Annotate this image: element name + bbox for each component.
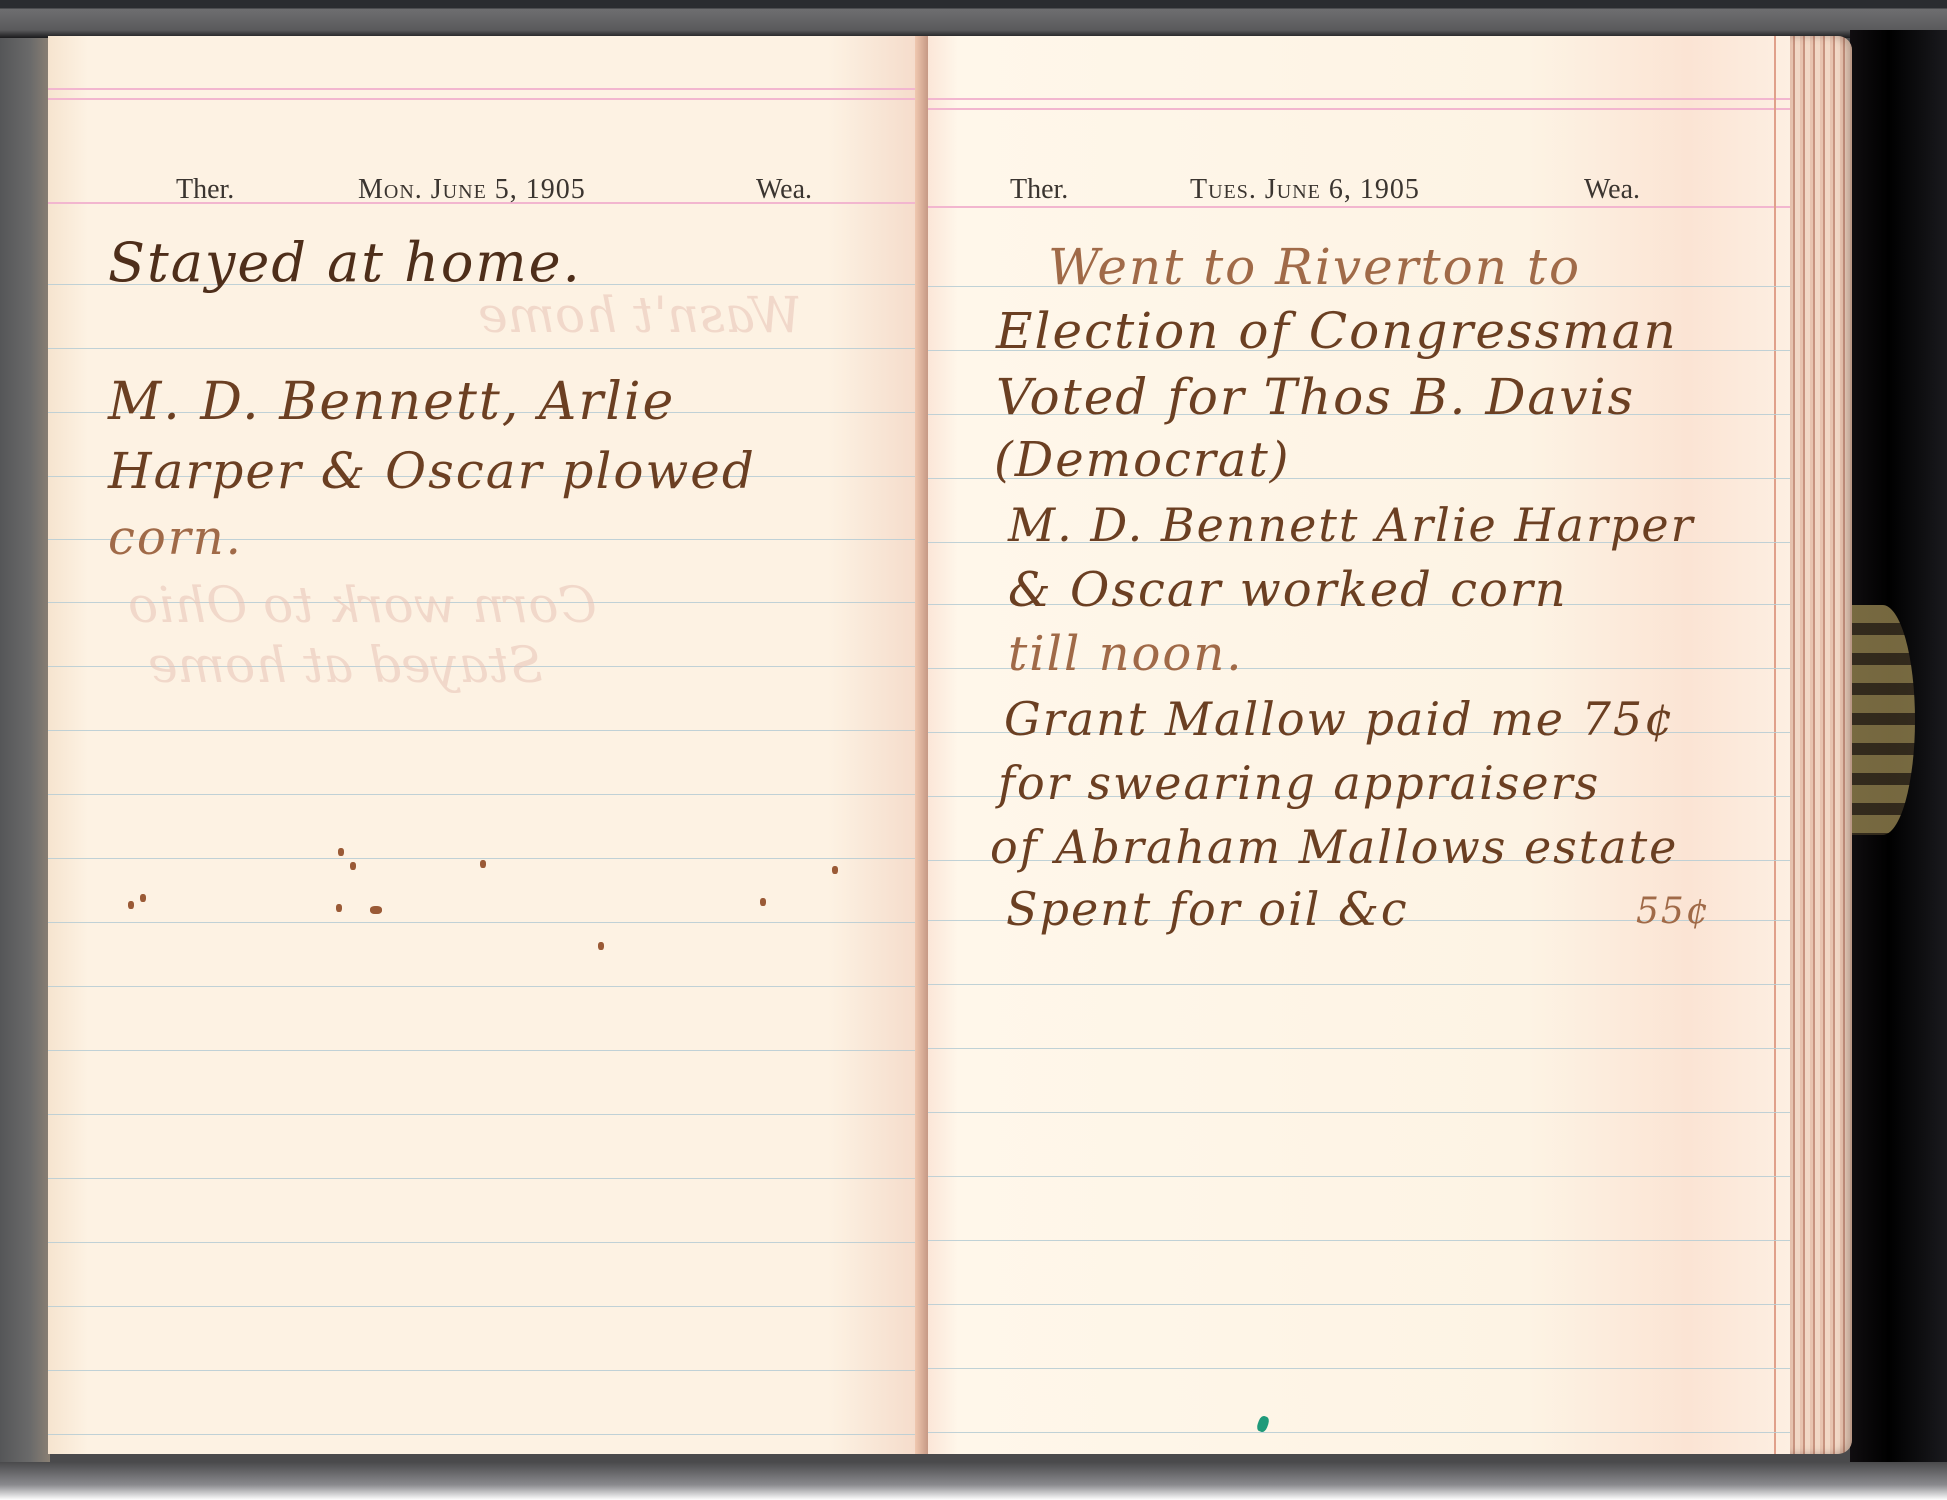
ink-speck (832, 866, 838, 874)
blue-rule (928, 1432, 1790, 1433)
entry-line: Voted for Thos B. Davis (996, 372, 1635, 422)
left-page: Ther. Mon. June 5, 1905 Wea. Wasn't home… (48, 36, 928, 1454)
date-heading: Tues. June 6, 1905 (1190, 174, 1420, 206)
ink-speck (598, 942, 604, 950)
ink-speck (760, 898, 766, 906)
ink-speck (336, 904, 342, 912)
blue-rule (48, 922, 928, 923)
blue-rule (928, 1368, 1790, 1369)
blue-rule (48, 858, 928, 859)
entry-line: (Democrat) (994, 436, 1291, 484)
entry-line: of Abraham Mallows estate (990, 824, 1678, 870)
ther-label: Ther. (176, 174, 234, 206)
blue-rule (48, 1178, 928, 1179)
expense-amount: 55¢ (1636, 894, 1711, 930)
page-edge-rule (1774, 36, 1776, 1454)
pink-rule (928, 98, 1790, 100)
blue-rule (48, 1370, 928, 1371)
ther-label: Ther. (1010, 174, 1068, 206)
blue-rule (48, 794, 928, 795)
pink-rule (928, 108, 1790, 110)
blue-rule (928, 1240, 1790, 1241)
ink-speck (128, 901, 134, 909)
ink-speck (480, 860, 486, 868)
blue-rule (48, 1434, 928, 1435)
blue-rule (928, 984, 1790, 985)
blue-rule (928, 1176, 1790, 1177)
entry-line: Harper & Oscar plowed (108, 446, 756, 496)
entry-line: M. D. Bennett Arlie Harper (1008, 502, 1695, 548)
entry-line: Spent for oil &c (1006, 886, 1409, 932)
bleed-through-text: Stayed at home (148, 636, 543, 694)
entry-line: Grant Mallow paid me 75¢ (1004, 696, 1675, 742)
blue-rule (48, 348, 928, 349)
scanner-top-edge (0, 0, 1947, 38)
right-page-header: Ther. Tues. June 6, 1905 Wea. (928, 174, 1790, 214)
blue-rule (48, 1050, 928, 1051)
ink-speck (350, 862, 356, 870)
blue-rule (48, 730, 928, 731)
bleed-through-text: Wasn't home (478, 286, 802, 344)
bleed-through-text: Corn work to Ohio (128, 576, 597, 634)
blue-rule (48, 986, 928, 987)
entry-line: corn. (108, 514, 243, 562)
entry-line: Went to Riverton to (1048, 242, 1581, 292)
blue-rule (48, 1114, 928, 1115)
ink-speck (338, 848, 344, 856)
entry-line: M. D. Bennett, Arlie (108, 376, 675, 428)
blue-rule (928, 1304, 1790, 1305)
pink-rule (48, 98, 928, 100)
blue-rule (928, 1112, 1790, 1113)
blue-rule (48, 1242, 928, 1243)
scanner-bottom-edge (0, 1462, 1947, 1500)
blue-rule (928, 1048, 1790, 1049)
right-page: Ther. Tues. June 6, 1905 Wea. Went to Ri… (928, 36, 1790, 1454)
ink-speck (140, 894, 146, 902)
wea-label: Wea. (1584, 174, 1640, 206)
green-ink-speck (1256, 1415, 1271, 1433)
entry-line: & Oscar worked corn (1008, 566, 1568, 614)
ink-speck (370, 906, 382, 914)
book-cover-left (0, 38, 50, 1462)
entry-line: for swearing appraisers (998, 760, 1600, 806)
blue-rule (48, 1306, 928, 1307)
left-page-header: Ther. Mon. June 5, 1905 Wea. (48, 174, 928, 214)
pink-rule (48, 88, 928, 90)
entry-line: Stayed at home. (108, 236, 582, 290)
page-edges-stack (1790, 36, 1852, 1454)
entry-line: till noon. (1008, 630, 1243, 678)
wea-label: Wea. (756, 174, 812, 206)
entry-line: Election of Congressman (996, 306, 1678, 356)
date-heading: Mon. June 5, 1905 (358, 174, 586, 206)
book-clasp (1850, 605, 1915, 835)
